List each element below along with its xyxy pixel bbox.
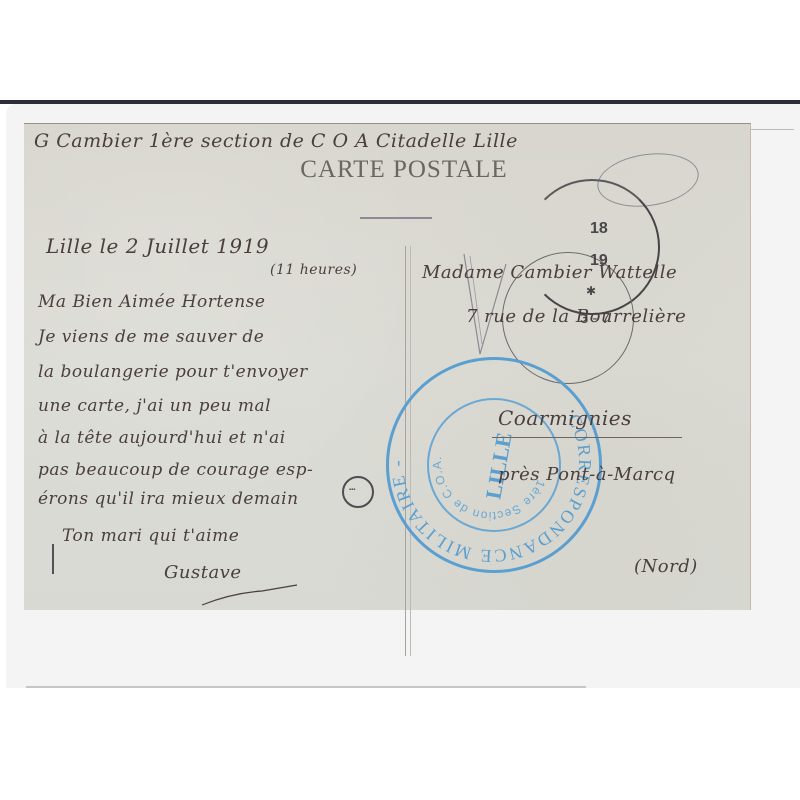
- sender-header: G Cambier 1ère section de C O A Citadell…: [34, 130, 518, 152]
- address-line-department: (Nord): [634, 556, 698, 577]
- address-line-town: Coarmignies: [498, 406, 632, 430]
- seal-text: ▪▪▪: [349, 487, 355, 493]
- printed-title: CARTE POSTALE: [264, 156, 544, 184]
- margin-mark: [52, 544, 54, 574]
- postmark-star-icon: ✱: [586, 284, 596, 298]
- message-line: la boulangerie pour t'envoyer: [38, 362, 308, 382]
- message-line: Ma Bien Aimée Hortense: [38, 292, 265, 312]
- small-seal-stamp: ▪▪▪: [342, 476, 374, 508]
- address-line-street: 7 rue de la Bourrelière: [466, 306, 686, 327]
- message-line: pas beaucoup de courage esp-: [38, 460, 313, 480]
- signature-flourish: [192, 579, 312, 609]
- time-note: (11 heures): [270, 262, 357, 278]
- date-line: Lille le 2 Juillet 1919: [46, 234, 269, 258]
- address-line-near: près Pont-à-Marcq: [498, 464, 676, 485]
- address-line-name: Madame Cambier Wattelle: [422, 262, 677, 283]
- postcard-back: G Cambier 1ère section de C O A Citadell…: [24, 123, 751, 610]
- town-underline: [492, 437, 682, 438]
- military-stamp: CORRESPONDANCE MILITAIRE - 1ère Section …: [386, 357, 596, 567]
- postmark-hour: 18: [590, 220, 608, 238]
- mount-edge-bottom: [26, 686, 586, 688]
- message-line: érons qu'il ira mieux demain: [38, 489, 299, 509]
- message-line: à la tête aujourd'hui et n'ai: [38, 428, 286, 448]
- stamp-area-rule: [360, 217, 432, 219]
- message-line: une carte, j'ai un peu mal: [38, 396, 271, 416]
- message-line: Ton mari qui t'aime: [62, 526, 239, 546]
- message-line: Je viens de me sauver de: [38, 327, 264, 347]
